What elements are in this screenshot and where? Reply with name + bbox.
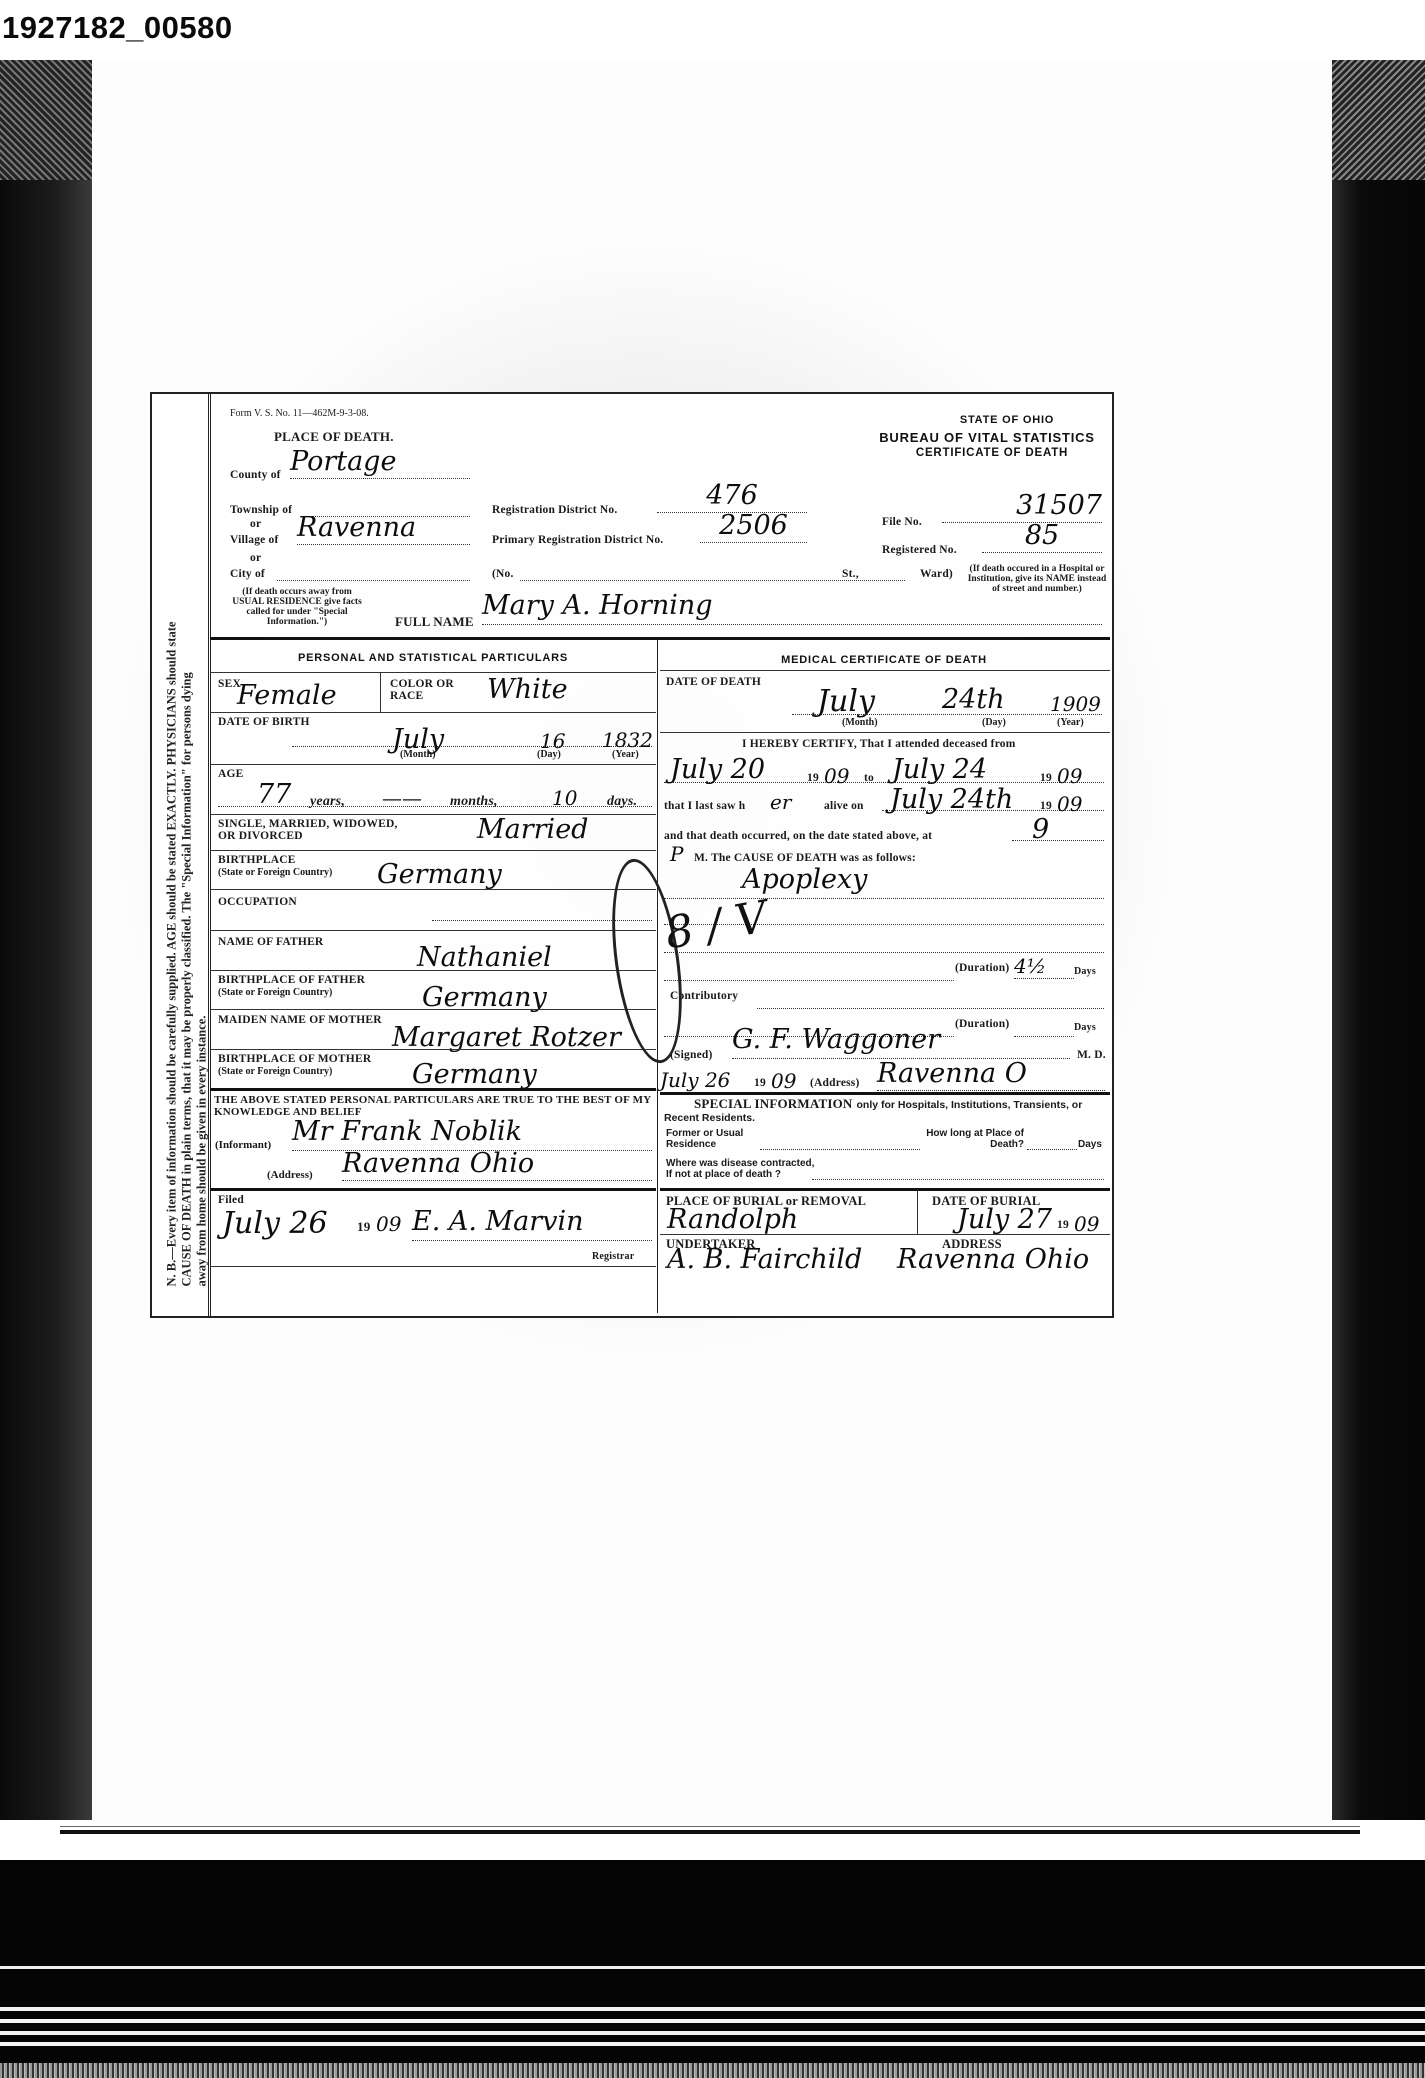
row-line [210,930,656,931]
mother-bp-label: BIRTHPLACE OF MOTHER [218,1053,371,1065]
last-saw-text: that I last saw h [664,800,745,812]
microfilm-noise [0,2063,1425,2078]
days-label: Days [1074,966,1096,977]
dob-label: DATE OF BIRTH [218,716,310,728]
row-line [210,712,656,713]
certify-text: I HEREBY CERTIFY, That I attended deceas… [742,738,1016,750]
former-residence-label: Former or Usual Residence [666,1128,766,1150]
city-label: City of [230,568,265,580]
dod-month-field[interactable]: July [817,684,875,719]
row-line [210,1266,656,1267]
age-label: AGE [218,768,244,780]
occurred-text: and that death occurred, on the date sta… [664,830,932,842]
microfilm-stripe [0,2007,1425,2011]
dod-day-field[interactable]: 24th [942,684,1005,715]
attended-to-year[interactable]: 09 [1057,764,1082,788]
medical-heading: MEDICAL CERTIFICATE OF DEATH [664,654,1104,666]
former-residence-field[interactable] [760,1139,920,1150]
row-line [210,1009,656,1010]
row-line [210,889,656,890]
sex-field[interactable]: Female [237,680,377,711]
row-line [210,970,656,971]
informant-label: (Informant) [215,1139,271,1151]
informant-address-label: (Address) [267,1169,313,1181]
registrar-signature[interactable]: E. A. Marvin [412,1206,652,1241]
scan-edge-left [0,60,92,1820]
attended-to-field[interactable]: July 24 [892,754,987,785]
scan-edge-right [1332,60,1425,1820]
microfilm-stripe [0,2042,1425,2046]
birthplace-label: BIRTHPLACE [218,854,296,866]
father-label: NAME OF FATHER [218,936,323,948]
duration-field[interactable]: 4½ [1014,954,1074,979]
physician-signature[interactable]: G. F. Waggoner [732,1024,1070,1059]
full-name-field[interactable]: Mary A. Horning [482,590,1102,625]
father-bp-sub: (State or Foreign Country) [218,987,332,998]
month-caption: (Month) [400,749,436,760]
to-label: to [864,772,874,784]
birthplace-sub: (State or Foreign Country) [218,867,332,878]
registrar-label: Registrar [592,1251,634,1262]
cell-divider [917,1190,918,1234]
filed-label: Filed [218,1194,244,1206]
city-field[interactable] [277,568,470,581]
state-heading: STATE OF OHIO [932,414,1082,426]
age-months-field[interactable]: —— [382,786,422,810]
meridiem-field[interactable]: P [670,842,683,866]
village-label: Village of [230,534,279,546]
day-caption: (Day) [982,717,1006,728]
file-no-label: File No. [882,516,922,528]
dob-line [292,734,652,747]
place-of-death-heading: PLACE OF DEATH. [274,429,394,445]
time-field[interactable]: 9 [1032,814,1049,845]
microfilm-gap [0,1966,1425,1969]
registered-no-label: Registered No. [882,544,957,556]
duration-label: (Duration) [955,962,1009,974]
cause-field[interactable]: Apoplexy [742,864,867,895]
township-label: Township of [230,504,292,516]
row-line [210,764,656,765]
primary-reg-label: Primary Registration District No. [492,534,663,546]
dod-label: DATE OF DEATH [666,676,761,688]
undertaker-address-field[interactable]: Ravenna Ohio [897,1244,1089,1275]
section-divider [210,1188,656,1191]
page-divider-thin [60,1826,1360,1827]
day-caption: (Day) [537,749,561,760]
days-label: Days [1078,1139,1102,1150]
section-divider [660,1092,1110,1095]
contracted-label: Where was disease contracted, If not at … [666,1158,816,1180]
age-years-field[interactable]: 77 [257,779,291,810]
father-bp-label: BIRTHPLACE OF FATHER [218,974,365,986]
scan-id: 1927182_00580 [2,10,233,46]
instruction-sidebar: N. B.—Every item of information should b… [152,394,211,1316]
how-long-label: How long at Place of Death? [924,1128,1024,1150]
microfilm-stripe [0,2019,1425,2023]
birthplace-field[interactable]: Germany [377,859,502,890]
form-number: Form V. S. No. 11—462M-9-3-08. [230,408,369,419]
dod-year-field[interactable]: 1909 [1050,692,1101,716]
year-prefix: 19 [1040,800,1052,812]
contracted-field[interactable] [812,1169,1104,1180]
father-field[interactable]: Nathaniel [417,942,552,973]
personal-heading: PERSONAL AND STATISTICAL PARTICULARS [210,652,656,664]
bureau-heading: BUREAU OF VITAL STATISTICS [867,430,1107,445]
undertaker-field[interactable]: A. B. Fairchild [667,1244,862,1275]
signed-date-field[interactable]: July 26 [660,1068,730,1092]
last-saw-year[interactable]: 09 [1057,792,1082,816]
months-label: months, [450,794,498,810]
year-prefix: 19 [1057,1219,1069,1231]
section-divider [210,1088,656,1091]
full-name-label: FULL NAME [395,614,474,630]
section-divider [660,1188,1110,1191]
occupation-label: OCCUPATION [218,896,297,908]
year-prefix: 19 [754,1077,766,1089]
mother-bp-sub: (State or Foreign Country) [218,1066,332,1077]
year-prefix: 19 [1040,772,1052,784]
mother-label: MAIDEN NAME OF MOTHER [218,1014,382,1026]
row-line [660,1234,1110,1235]
informant-address-field[interactable]: Ravenna Ohio [342,1148,652,1181]
cause-line [664,970,954,981]
row-line [660,732,1110,733]
street-no-label: (No. [492,568,514,580]
race-field[interactable]: White [487,674,647,705]
reg-district-label: Registration District No. [492,504,617,516]
primary-reg-field[interactable]: 2506 [700,510,807,543]
how-long-field[interactable] [1027,1139,1077,1150]
microfilm-stripe [0,2031,1425,2035]
ward-label: Ward) [920,568,953,580]
row-line [210,672,656,673]
attest-text: THE ABOVE STATED PERSONAL PARTICULARS AR… [214,1094,654,1118]
alive-on-label: alive on [824,800,864,812]
certificate-title: CERTIFICATE OF DEATH [897,447,1087,459]
cause-text: M. The CAUSE OF DEATH was as follows: [694,852,916,864]
scan-edge-left-noise [0,60,92,180]
registered-no-field[interactable]: 85 [982,520,1102,553]
race-label: COLOR OR RACE [390,678,470,702]
reg-district-field[interactable]: 476 [657,480,807,513]
village-field[interactable]: Ravenna [297,512,470,545]
contributory-field[interactable] [757,998,1104,1009]
attended-from-year[interactable]: 09 [824,764,849,788]
street-label: St., [842,568,859,580]
days-label: Days [1074,1022,1096,1033]
days-label: days. [607,794,637,810]
year-prefix: 19 [807,772,819,784]
row-line [210,850,656,851]
filed-year-prefix: 19 [357,1219,370,1235]
row-line [210,814,656,815]
row-line [210,1049,656,1050]
last-saw-date-field[interactable]: July 24th [890,784,1013,815]
cell-divider [380,672,381,712]
file-no-field[interactable]: 31507 [942,490,1102,523]
mother-bp-field[interactable]: Germany [412,1059,537,1090]
signed-year-field[interactable]: 09 [771,1069,796,1093]
or-label: or [250,518,261,530]
month-caption: (Month) [842,717,878,728]
death-certificate: N. B.—Every item of information should b… [150,392,1114,1318]
time-line [1012,830,1104,841]
signed-label: (Signed) [670,1049,713,1061]
scan-edge-right-noise [1332,60,1425,180]
away-note: (If death occurs away from USUAL RESIDEN… [227,587,367,627]
physician-address-label: (Address) [810,1077,860,1089]
burial-date-field[interactable]: July 27 [957,1204,1052,1235]
last-saw-pronoun[interactable]: er [770,790,791,814]
informant-field[interactable]: Mr Frank Noblik [292,1116,652,1151]
years-label: years, [310,794,345,810]
physician-address-field[interactable]: Ravenna O [877,1058,1105,1091]
burial-place-field[interactable]: Randolph [667,1204,798,1235]
marital-label: SINGLE, MARRIED, WIDOWED, OR DIVORCED [218,818,398,842]
or-label: or [250,552,261,564]
filed-year-field[interactable]: 09 [376,1212,401,1236]
county-field[interactable]: Portage [290,446,470,479]
marital-field[interactable]: Married [477,814,588,845]
burial-year-field[interactable]: 09 [1074,1212,1099,1236]
year-caption: (Year) [612,749,639,760]
row-line [660,670,1110,671]
age-days-field[interactable]: 10 [552,786,577,810]
filed-date-field[interactable]: July 26 [222,1206,328,1241]
instruction-note: N. B.—Every item of information should b… [165,427,210,1287]
attended-from-field[interactable]: July 20 [670,754,765,785]
special-info-heading: SPECIAL INFORMATION only for Hospitals, … [664,1098,1109,1124]
year-caption: (Year) [1057,717,1084,728]
page-divider [60,1830,1360,1834]
county-label: County of [230,469,281,481]
